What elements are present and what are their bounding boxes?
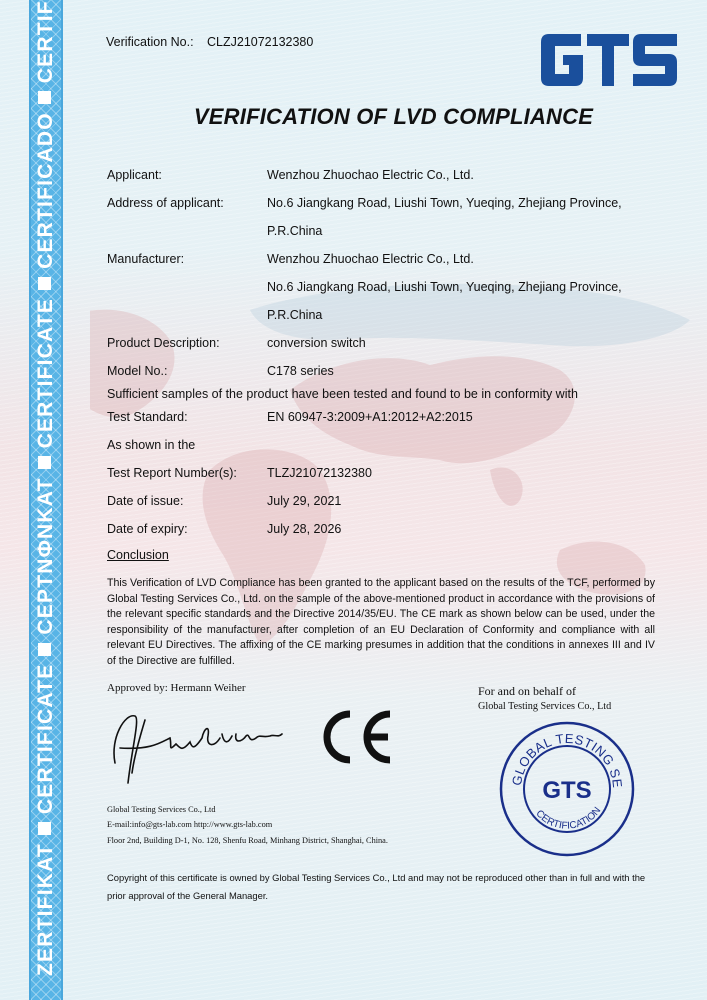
field-applicant-address: Address of applicant: No.6 Jiangkang Roa… (107, 196, 224, 210)
field-issue-date: Date of issue: July 29, 2021 (107, 494, 183, 508)
shown-in-text: As shown in the (107, 438, 195, 452)
band-square-icon (38, 91, 51, 104)
verification-label: Verification No.: (106, 35, 194, 49)
certificate-side-band: ZERTIFIKATCERTIFICATECEPTNΦNKATCERTIFICA… (29, 0, 63, 1000)
signature (110, 708, 285, 788)
band-square-icon (38, 456, 51, 469)
field-report-number: Test Report Number(s): TLZJ21072132380 (107, 466, 237, 480)
band-text: ZERTIFIKATCERTIFICATECEPTNΦNKATCERTIFICA… (34, 0, 58, 976)
band-square-icon (38, 643, 51, 656)
approved-by: Approved by: Hermann Weiher (107, 682, 246, 694)
field-product: Product Description: conversion switch (107, 336, 220, 350)
conclusion-heading: Conclusion (107, 548, 169, 562)
field-test-standard: Test Standard: EN 60947-3:2009+A1:2012+A… (107, 410, 188, 424)
verification-value: CLZJ21072132380 (207, 35, 313, 49)
copyright-line2: prior approval of the General Manager. (107, 890, 268, 901)
copyright-line1: Copyright of this certificate is owned b… (107, 872, 645, 883)
field-applicant: Applicant: Wenzhou Zhuochao Electric Co.… (107, 168, 162, 182)
field-expiry-date: Date of expiry: July 28, 2026 (107, 522, 188, 536)
company-name: Global Testing Services Co., Ltd (107, 805, 216, 814)
conformity-statement: Sufficient samples of the product have b… (107, 387, 578, 401)
on-behalf-line1: For and on behalf of (478, 684, 576, 699)
gts-logo (541, 34, 677, 86)
on-behalf-line2: Global Testing Services Co., Ltd (478, 701, 611, 712)
verification-number: Verification No.: CLZJ21072132380 (106, 35, 194, 49)
band-square-icon (38, 277, 51, 290)
svg-text:GTS: GTS (542, 777, 591, 804)
conclusion-paragraph: This Verification of LVD Compliance has … (107, 576, 655, 669)
svg-text:CERTIFICATION: CERTIFICATION (534, 805, 604, 832)
field-manufacturer: Manufacturer: Wenzhou Zhuochao Electric … (107, 252, 184, 266)
ce-mark-icon (318, 710, 394, 764)
field-model: Model No.: C178 series (107, 364, 167, 378)
certificate-title: VERIFICATION OF LVD COMPLIANCE (0, 104, 707, 130)
gts-certification-stamp: GLOBAL TESTING SERVICES CO.,LTD. CERTIFI… (496, 718, 638, 860)
company-address: Floor 2nd, Building D-1, No. 128, Shenfu… (107, 836, 388, 845)
band-square-icon (38, 822, 51, 835)
company-contact: E-mail:info@gts-lab.com http://www.gts-l… (107, 820, 272, 829)
